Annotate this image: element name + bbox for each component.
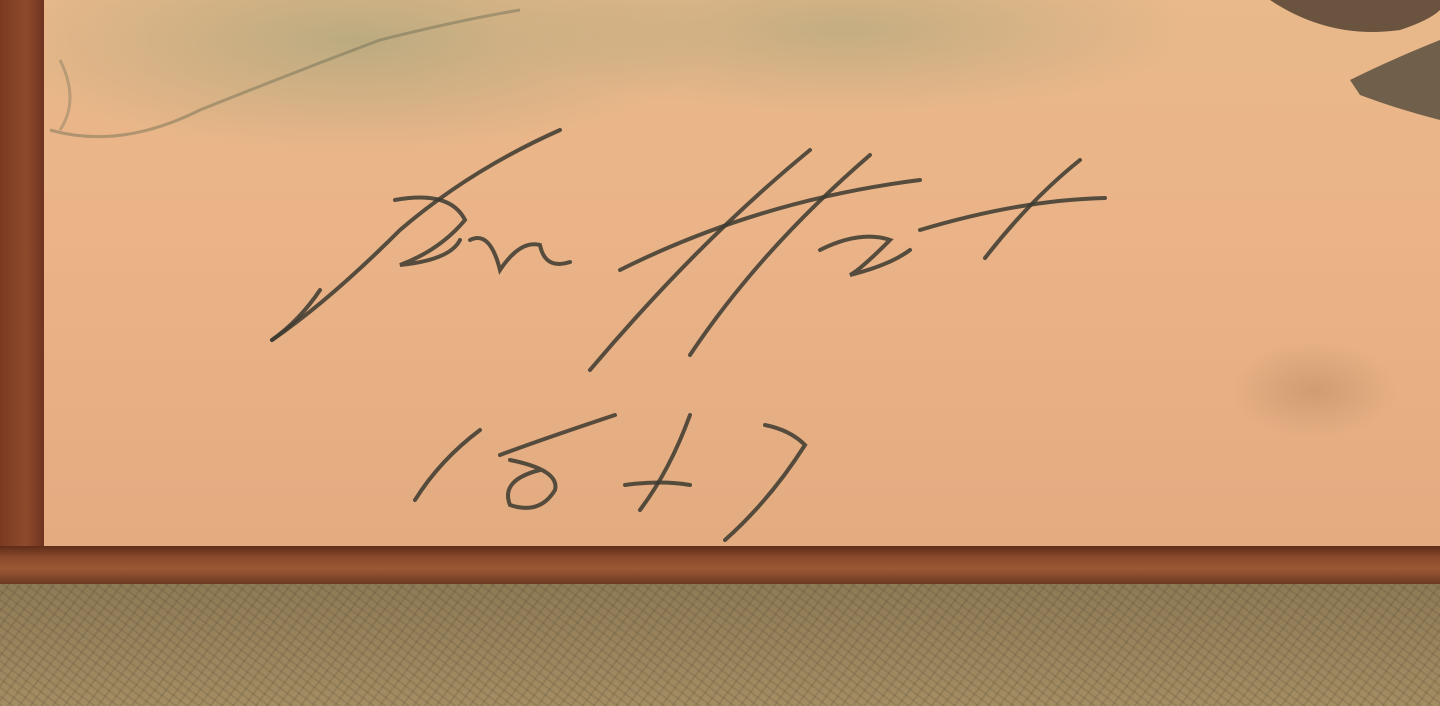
pencil-marks: [0, 0, 1440, 706]
date: [415, 415, 805, 540]
signature: [272, 130, 1105, 370]
framed-drawing: Ruffet 1847: [0, 0, 1440, 706]
